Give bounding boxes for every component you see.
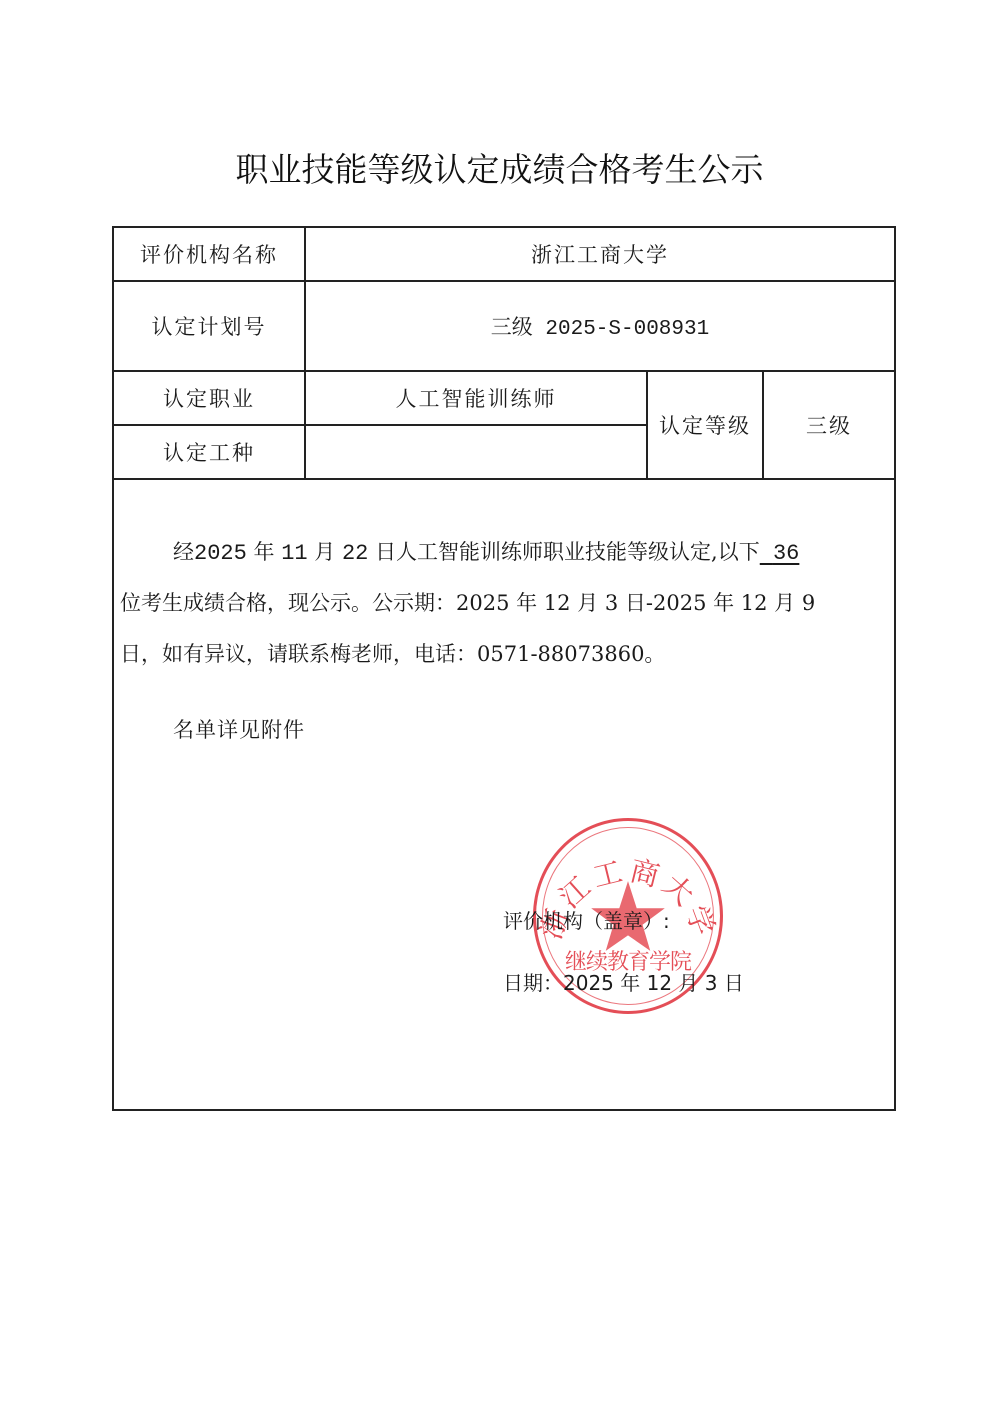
org-seal-label: 评价机构（盖章）: xyxy=(503,905,670,934)
signature-date: 日期：2025 年 12 月 3 日 xyxy=(503,967,744,996)
candidate-count: 36 xyxy=(760,541,800,566)
notice-paragraph-line-3: 日，如有异议，请联系梅老师，电话：0571-88073860。 xyxy=(120,638,890,668)
label-plan-number: 认定计划号 xyxy=(114,282,304,370)
label-occupation: 认定职业 xyxy=(114,372,304,424)
row-divider xyxy=(112,478,896,480)
value-evaluation-org: 浙江工商大学 xyxy=(306,228,894,280)
value-occupation: 人工智能训练师 xyxy=(306,372,646,424)
label-evaluation-org: 评价机构名称 xyxy=(114,228,304,280)
notice-paragraph-line-2: 位考生成绩合格，现公示。公示期：2025 年 12 月 3 日-2025 年 1… xyxy=(120,587,890,617)
label-level: 认定等级 xyxy=(648,372,762,478)
notice-paragraph-line-1: 经2025 年 11 月 22 日人工智能训练师职业技能等级认定,以下 36 xyxy=(173,536,943,566)
document-title: 职业技能等级认定成绩合格考生公示 xyxy=(0,144,999,191)
value-job-type xyxy=(306,426,646,478)
label-job-type: 认定工种 xyxy=(114,426,304,478)
value-plan-number: 三级 2025-S-008931 xyxy=(306,282,894,370)
value-level: 三级 xyxy=(764,372,894,478)
attachment-note: 名单详见附件 xyxy=(173,714,305,744)
